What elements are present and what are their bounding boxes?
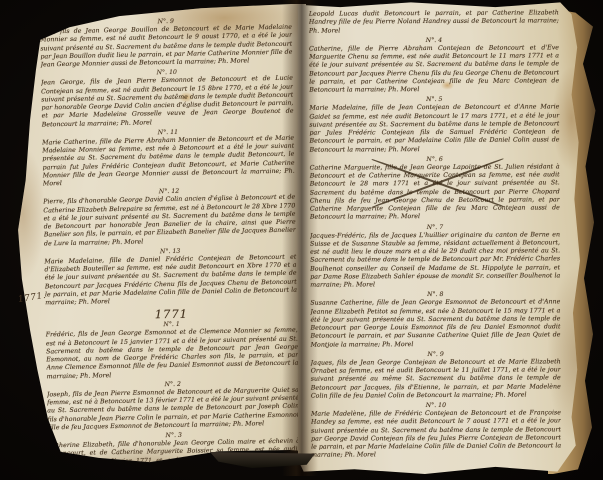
register-entry: N°. 12 Pierre, fils d'honorable George D… (43, 186, 296, 248)
register-entry: N°. 5 Marie Madelaine, fille de Jean Con… (309, 96, 559, 155)
right-page-text: Leopold Lucas dudit Betoncourt le parrai… (309, 9, 561, 462)
register-entry: N°. 10 Marie Madelène, fille de Frédéric… (311, 401, 561, 460)
entry-text: Catherine, fille de Pierre Abraham Conte… (309, 44, 559, 95)
register-entry: N°. 10 Jean George, fils de Jean Pierre … (41, 67, 294, 129)
left-page: N°. 9 Jean, fils de Jean George Bouillon… (14, 4, 306, 470)
manuscript-scan: N°. 9 Jean, fils de Jean George Bouillon… (0, 0, 603, 480)
register-entry: N°. 8 Susanne Catherine, fille de Jean G… (310, 291, 560, 350)
page-gutter-shadow (282, 0, 318, 476)
register-entry-continuation: Leopold Lucas dudit Betoncourt le parrai… (309, 9, 559, 35)
entry-text: Jean George, fils de Jean Pierre Esmonno… (41, 75, 294, 129)
right-page: Leopold Lucas dudit Betoncourt le parrai… (298, 0, 580, 474)
entry-text: Jean, fils de Jean George Bouillon de Be… (40, 24, 293, 70)
register-entry: N°. 7 Jacques-Frédéric, fils de Jacques … (310, 223, 560, 290)
entry-text: Marie Madelène, fille de Frédéric Contej… (311, 409, 561, 460)
entry-text: Jaques, fils de Jean George Contejean de… (311, 358, 561, 401)
entry-text: Marie Madelaine, fille de Daniel Frédéri… (44, 253, 297, 307)
register-entry: N°. 9 Jean, fils de Jean George Bouillon… (40, 16, 293, 70)
entry-text: Leopold Lucas dudit Betoncourt le parrai… (309, 9, 559, 35)
register-entry: N°. 9 Jaques, fils de Jean George Contej… (311, 350, 561, 401)
entry-text: Catherine Marguerite, fille de Jean Geor… (310, 163, 560, 222)
register-entry: N°. 11 Marie Catherine, fille de Pierre … (42, 126, 295, 188)
register-entry: N°. 13 Marie Madelaine, fille de Daniel … (44, 245, 297, 307)
register-entry: N°. 1 Frédéric, fils de Jean George Esmo… (46, 319, 299, 381)
register-entry: N°. 4 Catherine, fille de Pierre Abraham… (309, 36, 559, 95)
entry-text: Pierre, fils d'honorable George David Co… (43, 194, 296, 248)
entry-text: Marie Catherine, fille de Pierre Abraham… (42, 134, 295, 188)
entry-text: Marie Madelaine, fille de Jean Contejean… (309, 104, 559, 155)
register-entry-crossed-out: N°. 6 Catherine Marguerite, fille de Jea… (310, 155, 560, 222)
entry-text: Joseph, fils de Jean Pierre Esmonnot de … (47, 386, 300, 432)
entry-text: Jacques-Frédéric, fils de Jacques L'huil… (310, 231, 560, 290)
left-page-text: N°. 9 Jean, fils de Jean George Bouillon… (40, 16, 301, 467)
register-entry: N°. 2 Joseph, fils de Jean Pierre Esmonn… (47, 378, 300, 432)
entry-text: Susanne Catherine, fille de Jean George … (310, 299, 560, 350)
entry-text: Frédéric, fils de Jean George Esmonnot e… (46, 327, 299, 381)
